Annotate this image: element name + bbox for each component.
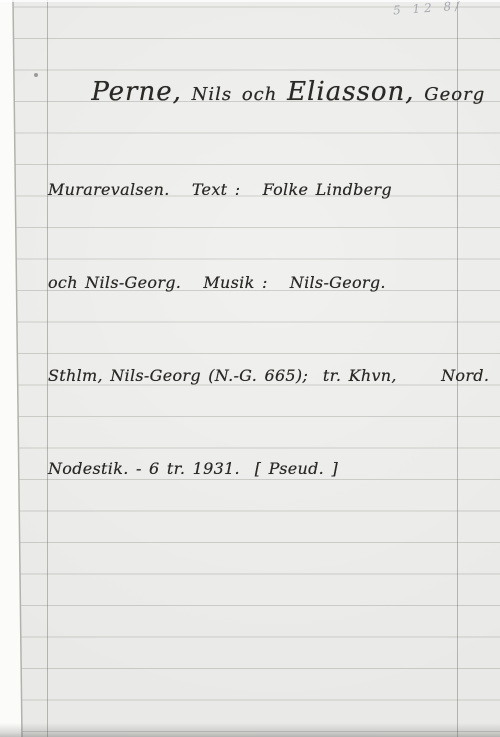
entry-line-printing-year-pseudonym: Nodestik. - 6 tr. 1931. [ Pseud. ] [48, 453, 489, 484]
entry-line-publisher-plate: Sthlm, Nils-Georg (N.-G. 665); tr. Khvn,… [48, 360, 489, 391]
catalog-entry-body: Murarevalsen. Text : Folke Lindberg och … [48, 112, 489, 546]
entry-line-composer: och Nils-Georg. Musik : Nils-Georg. [48, 267, 489, 298]
author1-surname: Perne, [91, 77, 182, 107]
entry-line-title-and-lyricist: Murarevalsen. Text : Folke Lindberg [48, 174, 489, 205]
paper-left-edge [0, 0, 30, 737]
scanned-catalog-card-page: 5 12 8/ Perne, Nils och Eliasson, Georg … [0, 0, 500, 737]
scanner-background-strip [0, 0, 22, 737]
author1-given-and-conjunction: Nils och [182, 84, 287, 105]
ink-dot [34, 73, 38, 77]
scan-bottom-shadow [0, 723, 500, 737]
author2-surname: Eliasson, [287, 77, 414, 107]
author2-given: Georg [415, 84, 486, 105]
